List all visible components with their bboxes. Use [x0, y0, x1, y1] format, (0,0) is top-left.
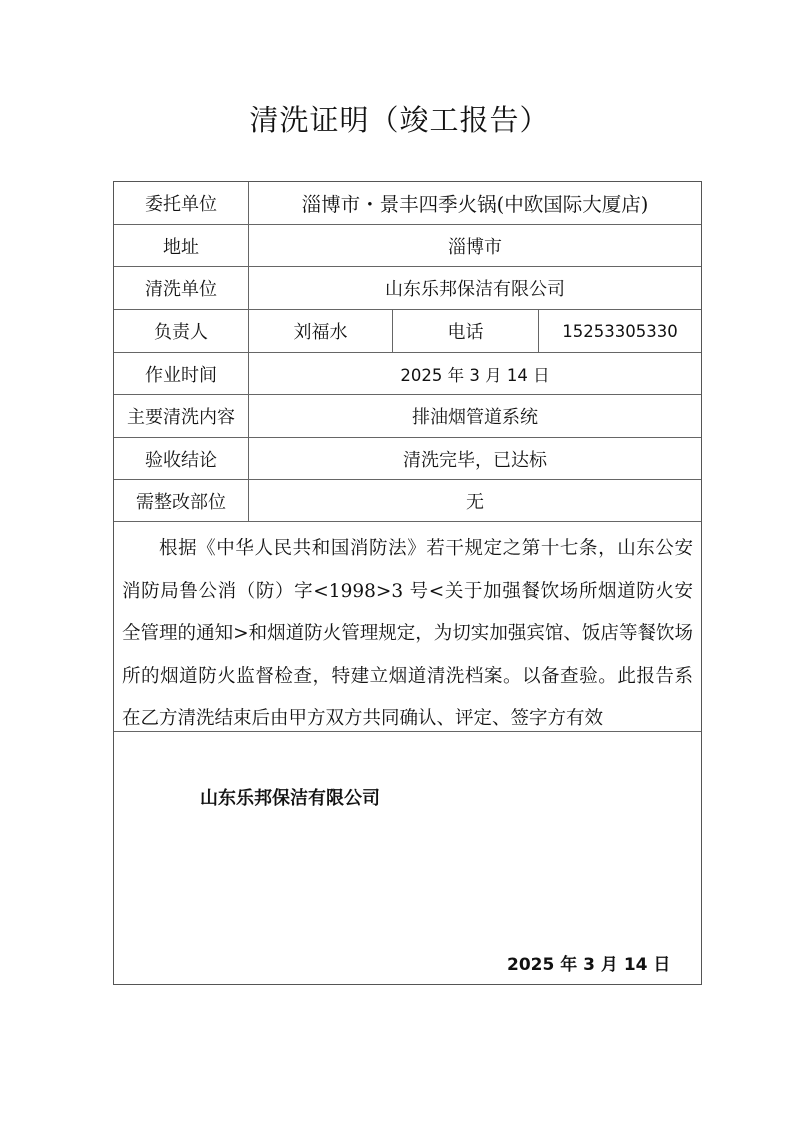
person-label: 负责人 — [114, 310, 249, 352]
address-value: 淄博市 — [249, 225, 701, 266]
phone-value: 15253305330 — [539, 310, 701, 352]
client-value: 淄博市・景丰四季火锅(中欧国际大厦店) — [249, 182, 701, 224]
signature-company: 山东乐邦保洁有限公司 — [200, 784, 380, 810]
rectification-label: 需整改部位 — [114, 480, 249, 521]
acceptance-label: 验收结论 — [114, 438, 249, 479]
main-content-value: 排油烟管道系统 — [249, 395, 701, 437]
cleaning-company-label: 清洗单位 — [114, 267, 249, 309]
row-work-time: 作业时间 2025 年 3 月 14 日 — [114, 353, 701, 395]
row-client: 委托单位 淄博市・景丰四季火锅(中欧国际大厦店) — [114, 182, 701, 225]
person-value: 刘福水 — [249, 310, 393, 352]
work-time-label: 作业时间 — [114, 353, 249, 394]
row-signature: 山东乐邦保洁有限公司 2025 年 3 月 14 日 — [114, 732, 701, 984]
document-title: 清洗证明（竣工报告） — [0, 98, 799, 139]
client-label: 委托单位 — [114, 182, 249, 224]
signature-date: 2025 年 3 月 14 日 — [507, 950, 670, 975]
rectification-value: 无 — [249, 480, 701, 521]
main-content-label: 主要清洗内容 — [114, 395, 249, 437]
address-label: 地址 — [114, 225, 249, 266]
row-rectification: 需整改部位 无 — [114, 480, 701, 522]
statement-text: 根据《中华人民共和国消防法》若干规定之第十七条，山东公安消防局鲁公消（防）字<1… — [114, 522, 701, 731]
row-address: 地址 淄博市 — [114, 225, 701, 267]
phone-label: 电话 — [393, 310, 539, 352]
row-cleaning-company: 清洗单位 山东乐邦保洁有限公司 — [114, 267, 701, 310]
acceptance-value: 清洗完毕，已达标 — [249, 438, 701, 479]
cleaning-company-value: 山东乐邦保洁有限公司 — [249, 267, 701, 309]
row-statement: 根据《中华人民共和国消防法》若干规定之第十七条，山东公安消防局鲁公消（防）字<1… — [114, 522, 701, 732]
row-main-content: 主要清洗内容 排油烟管道系统 — [114, 395, 701, 438]
work-time-value: 2025 年 3 月 14 日 — [249, 353, 701, 394]
row-person-in-charge: 负责人 刘福水 电话 15253305330 — [114, 310, 701, 353]
report-table: 委托单位 淄博市・景丰四季火锅(中欧国际大厦店) 地址 淄博市 清洗单位 山东乐… — [113, 181, 702, 985]
row-acceptance: 验收结论 清洗完毕，已达标 — [114, 438, 701, 480]
